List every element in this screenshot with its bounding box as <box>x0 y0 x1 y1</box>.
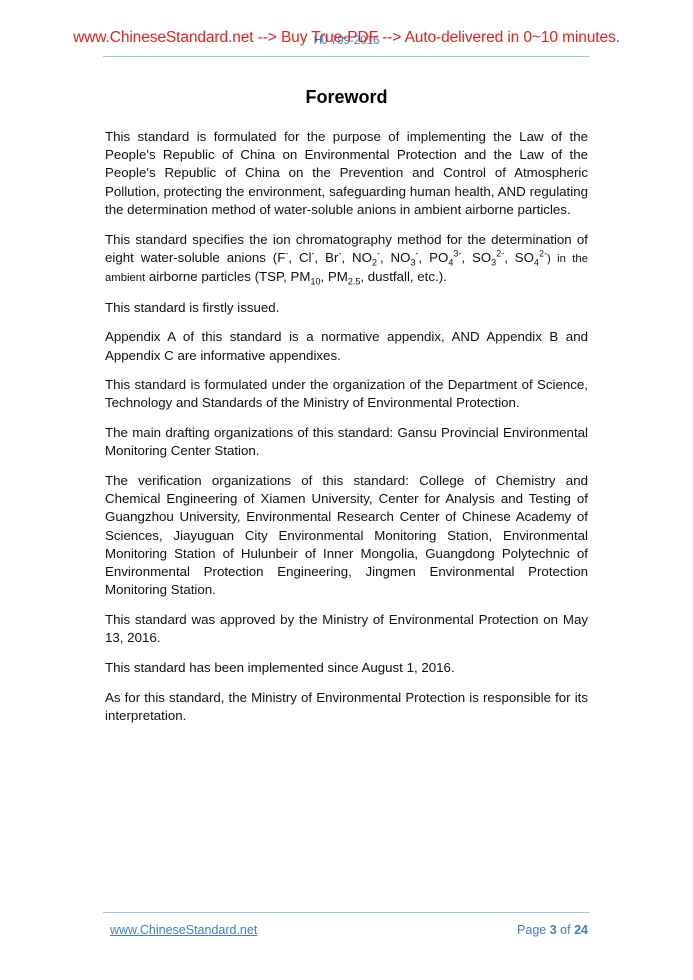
paragraph-verification: The verification organizations of this s… <box>105 472 588 599</box>
paragraph-implementation: This standard has been implemented since… <box>105 659 588 677</box>
paragraph-approval: This standard was approved by the Minist… <box>105 611 588 647</box>
page-total: 24 <box>574 923 588 937</box>
paragraph-drafting: The main drafting organizations of this … <box>105 424 588 460</box>
paragraph-appendices: Appendix A of this standard is a normati… <box>105 328 588 364</box>
paragraph-interpretation: As for this standard, the Ministry of En… <box>105 689 588 725</box>
anion-list: F-, Cl-, Br-, NO2-, NO3-, PO43-, SO32-, … <box>277 250 547 265</box>
page-current: 3 <box>550 923 557 937</box>
page-prefix: Page <box>517 923 546 937</box>
footer-divider <box>103 912 590 913</box>
page-of: of <box>560 923 570 937</box>
footer-site-link[interactable]: www.ChineseStandard.net <box>110 923 257 937</box>
page-title: Foreword <box>0 87 693 108</box>
page-indicator: Page 3 of 24 <box>517 923 588 937</box>
paragraph-purpose: This standard is formulated for the purp… <box>105 128 588 219</box>
scope-tail: airborne particles (TSP, PM10, PM2.5, du… <box>145 269 447 284</box>
foreword-body: This standard is formulated for the purp… <box>105 128 588 736</box>
paragraph-first-issue: This standard is firstly issued. <box>105 299 588 317</box>
paragraph-organization: This standard is formulated under the or… <box>105 376 588 412</box>
header-divider <box>103 56 590 57</box>
promo-banner-link[interactable]: www.ChineseStandard.net --> Buy True-PDF… <box>0 29 693 47</box>
paragraph-scope: This standard specifies the ion chromato… <box>105 231 588 288</box>
